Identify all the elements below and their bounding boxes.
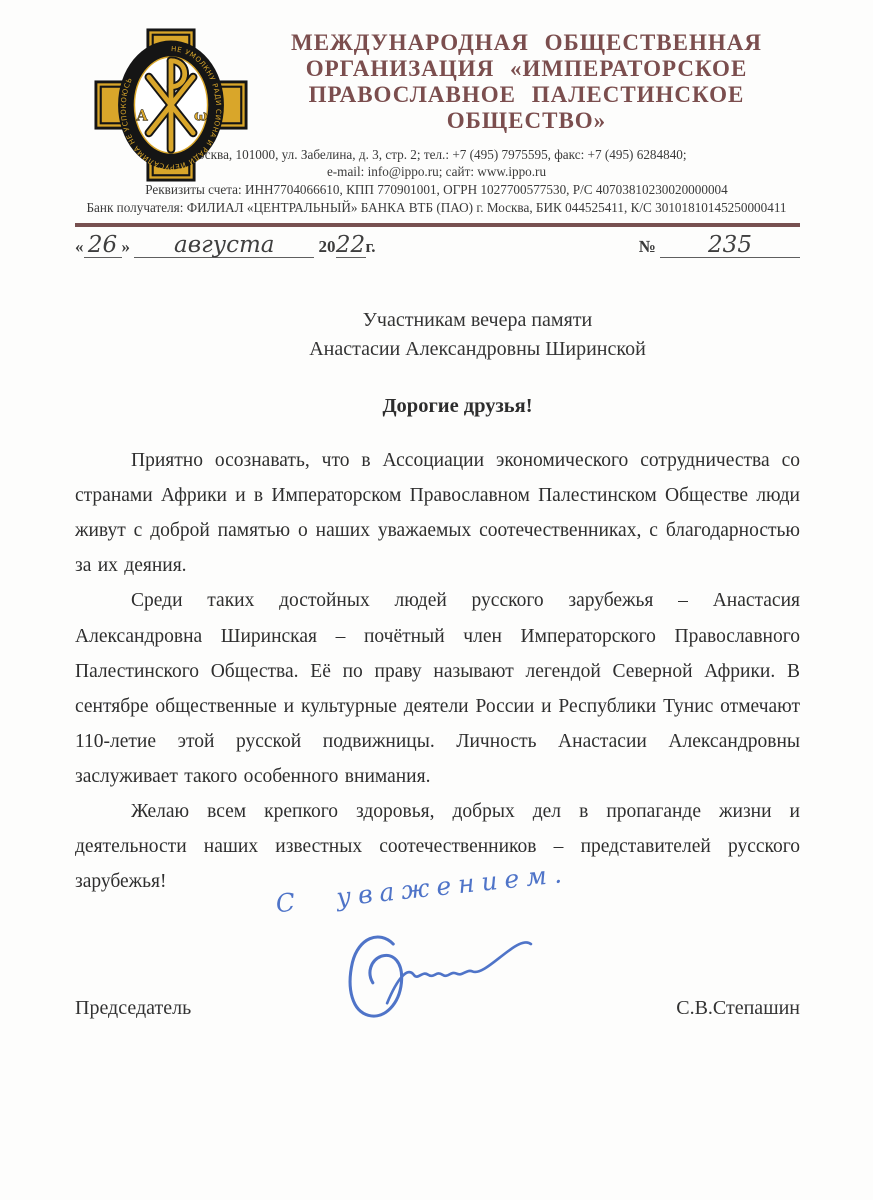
addressee-block: Участникам вечера памяти Анастасии Алекс… bbox=[155, 306, 800, 363]
date-number-row: «26» августа 2022г. № 235 bbox=[75, 233, 800, 258]
org-title-line-2: ОРГАНИЗАЦИЯ «ИМПЕРАТОРСКОЕ bbox=[250, 56, 803, 82]
org-title: МЕЖДУНАРОДНАЯ ОБЩЕСТВЕННАЯ ОРГАНИЗАЦИЯ «… bbox=[250, 0, 803, 134]
omega-letter: ω bbox=[194, 107, 208, 124]
alpha-letter: А bbox=[136, 107, 148, 124]
year-unit: г. bbox=[366, 237, 376, 256]
quote-open: « bbox=[75, 237, 84, 256]
salutation: Дорогие друзья! bbox=[115, 395, 800, 418]
addressee-line-2: Анастасии Александровны Ширинской bbox=[155, 335, 800, 363]
doc-number-handwritten: 235 bbox=[660, 233, 800, 258]
document-number-field: № 235 bbox=[639, 233, 800, 258]
header-divider bbox=[75, 223, 800, 227]
letter-page: НЕ УМОЛКНУ РАДИ СИОНА И РАДИ ИЕРУСАЛИМА … bbox=[0, 0, 873, 1200]
letter-content: «26» августа 2022г. № 235 Участникам веч… bbox=[75, 233, 800, 1059]
contact-bank-details: Банк получателя: ФИЛИАЛ «ЦЕНТРАЛЬНЫЙ» БА… bbox=[45, 199, 828, 217]
date-day-handwritten: 26 bbox=[84, 233, 122, 258]
date-field: «26» августа 2022г. bbox=[75, 233, 376, 258]
paragraph-2: Среди таких достойных людей русского зар… bbox=[75, 583, 800, 794]
org-title-line-3: ПРАВОСЛАВНОЕ ПАЛЕСТИНСКОЕ ОБЩЕСТВО» bbox=[250, 82, 803, 134]
date-year-handwritten: 22 bbox=[336, 233, 366, 258]
quote-close: » bbox=[122, 237, 131, 256]
signature-autograph bbox=[330, 909, 585, 1027]
paragraph-1: Приятно осознавать, что в Ассоциации эко… bbox=[75, 443, 800, 583]
number-label: № bbox=[639, 237, 656, 256]
letter-body: Приятно осознавать, что в Ассоциации эко… bbox=[75, 443, 800, 899]
date-month-handwritten: августа bbox=[134, 233, 314, 258]
org-title-line-1: МЕЖДУНАРОДНАЯ ОБЩЕСТВЕННАЯ bbox=[250, 30, 803, 56]
signature-area: С уважением. Председатель С.В.Степашин bbox=[75, 969, 800, 1059]
ippo-emblem-logo: НЕ УМОЛКНУ РАДИ СИОНА И РАДИ ИЕРУСАЛИМА … bbox=[94, 27, 248, 183]
contact-account-details: Реквизиты счета: ИНН7704066610, КПП 7709… bbox=[45, 181, 828, 199]
addressee-line-1: Участникам вечера памяти bbox=[155, 306, 800, 334]
signer-position: Председатель bbox=[75, 997, 191, 1020]
year-prefix: 20 bbox=[319, 237, 336, 256]
signer-name: С.В.Степашин bbox=[676, 997, 800, 1020]
